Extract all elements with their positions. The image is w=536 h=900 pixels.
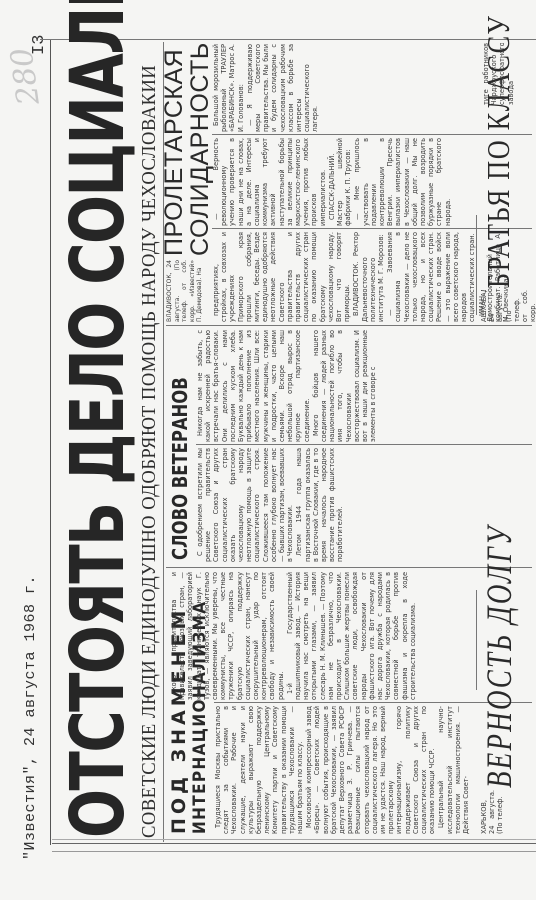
article-veterans-col2: Никогда нам не забыть, с какой искренней… <box>196 330 532 442</box>
paragraph: СПАССК-ДАЛЬНИЙ. Мастер швейной фабрики К… <box>328 138 353 226</box>
paragraph: — Мне пришлось участвовать в подавлении … <box>353 138 451 226</box>
article-brothers-text: тиге работников Чарджоуского суперфосфат… <box>482 43 536 105</box>
outer-border-line <box>52 851 536 852</box>
paragraph: Центральный научно-исследовательский инс… <box>437 706 470 834</box>
paragraph: Никогда нам не забыть, с какой искренней… <box>196 330 311 442</box>
article-duty-dateline: ХАРЬКОВ, 24 августа. (По телеф. <box>480 790 536 834</box>
frame-border-left <box>52 843 536 844</box>
paragraph: 1-й Государственный подшипниковый завод.… <box>286 572 417 700</box>
main-headline: Отстоять дело социализма! <box>58 222 138 838</box>
newspaper-clipping: "Известия", 24 августа 1968 г. I3 280 От… <box>0 0 536 900</box>
paragraph: ВЛАДИВОСТОК. Ректор Дальневосточного пол… <box>352 232 385 322</box>
paragraph: С одобрением встретили мы решение правит… <box>196 448 294 562</box>
paragraph: Много бойцов нашего соединения — людей р… <box>312 330 378 442</box>
paragraph: Трудящиеся Москвы пристально следят за с… <box>214 706 304 834</box>
article-title-duty: ВЕРНОСТЬ ДОЛГУ <box>478 525 520 788</box>
paragraph: — Верность революционному учению проверя… <box>212 138 327 226</box>
paragraph: ского правительства и правительств союзн… <box>170 572 285 700</box>
article-brothers-dateline: АШХАБАД, 24 августа. (По телеф. от соб. … <box>480 290 536 322</box>
section-divider <box>476 215 477 315</box>
section-divider <box>476 590 477 690</box>
column-divider <box>166 325 532 326</box>
paragraph: — Завоевания социализма в Чехословакии —… <box>386 232 476 322</box>
article-title-veterans: СЛОВО ВЕТЕРАНОВ <box>168 377 192 560</box>
subhead: Советские люди единодушно одобряют помощ… <box>138 103 161 838</box>
paragraph: предприятиях, стройках, в совхозах и учр… <box>212 232 351 322</box>
paragraph: Летом 1944 года наша партизанская группа… <box>295 448 344 562</box>
paragraph: Большой морозильный рыболовный ТРАУЛЕР «… <box>212 44 245 132</box>
paragraph: — Я поддерживаю меры Советского правител… <box>246 44 320 132</box>
article-title-line1: ПРОЛЕТАРСКАЯ <box>160 49 189 256</box>
inner-border-line <box>52 839 536 840</box>
column-divider <box>196 444 532 445</box>
source-caption: "Известия", 24 августа 1968 г. <box>22 575 39 860</box>
paragraph: Московский компрессорный завод «Борец». … <box>305 706 436 834</box>
article-title-line2: СОЛИДАРНОСТЬ <box>186 42 215 256</box>
frame-border-top <box>50 40 51 845</box>
article-solidarity-dateline: ВЛАДИВОСТОК, 24 августа. (По телеф. от с… <box>166 260 206 322</box>
